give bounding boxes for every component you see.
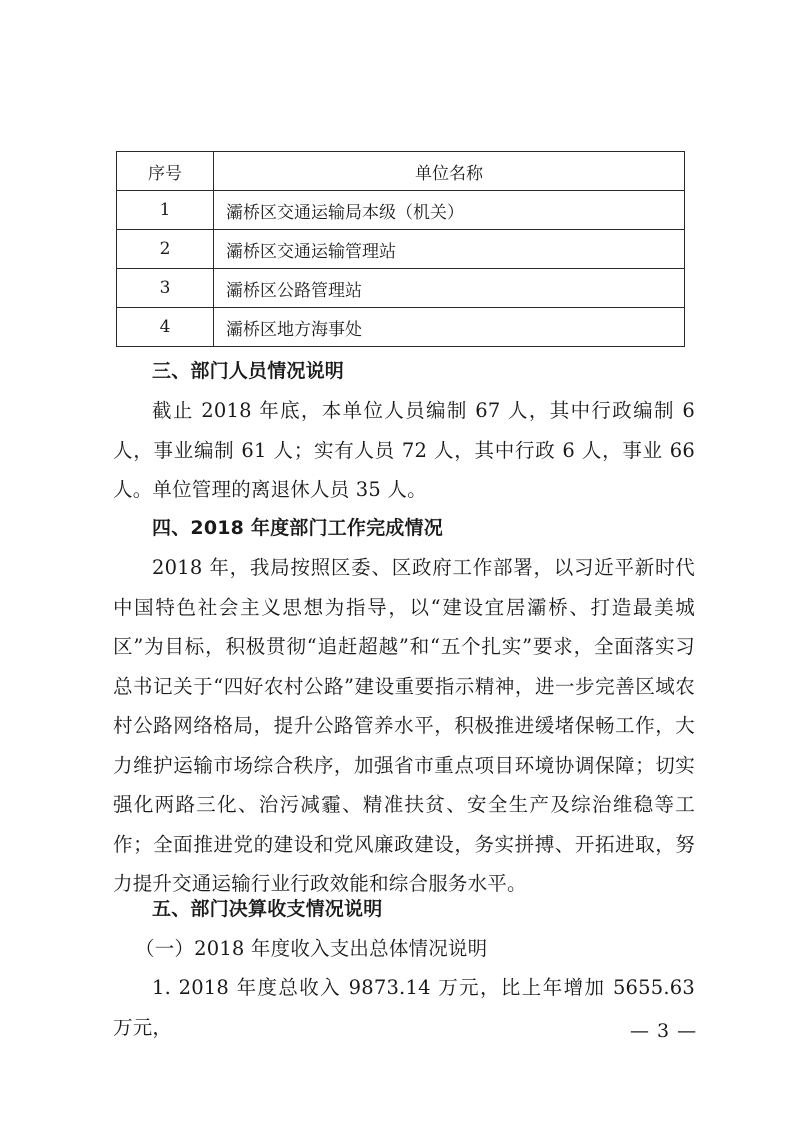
cell-unit-name: 灞桥区地方海事处 bbox=[214, 308, 685, 347]
section-5-subheading-1: （一）2018 年度收入支出总体情况说明 bbox=[113, 929, 695, 969]
section-3-body: 截止 2018 年底，本单位人员编制 67 人，其中行政编制 6 人，事业编制 … bbox=[113, 391, 695, 510]
section-3-heading: 三、部门人员情况说明 bbox=[113, 352, 695, 392]
table-row: 4 灞桥区地方海事处 bbox=[117, 308, 685, 347]
table-header-row: 序号 单位名称 bbox=[117, 152, 685, 191]
cell-unit-name: 灞桥区交通运输局本级（机关） bbox=[214, 191, 685, 230]
page-number: — 3 — bbox=[630, 1020, 697, 1042]
cell-unit-name: 灞桥区公路管理站 bbox=[214, 269, 685, 308]
table-row: 1 灞桥区交通运输局本级（机关） bbox=[117, 191, 685, 230]
table-row: 2 灞桥区交通运输管理站 bbox=[117, 230, 685, 269]
section-4-body: 2018 年，我局按照区委、区政府工作部署，以习近平新时代中国特色社会主义思想为… bbox=[113, 548, 695, 904]
header-serial-number: 序号 bbox=[117, 152, 214, 191]
table-row: 3 灞桥区公路管理站 bbox=[117, 269, 685, 308]
cell-unit-name: 灞桥区交通运输管理站 bbox=[214, 230, 685, 269]
cell-serial-number: 1 bbox=[117, 191, 214, 230]
cell-serial-number: 3 bbox=[117, 269, 214, 308]
cell-serial-number: 4 bbox=[117, 308, 214, 347]
unit-table: 序号 单位名称 1 灞桥区交通运输局本级（机关） 2 灞桥区交通运输管理站 3 … bbox=[116, 151, 685, 347]
cell-serial-number: 2 bbox=[117, 230, 214, 269]
section-5-item-1: 1. 2018 年度总收入 9873.14 万元，比上年增加 5655.63 万… bbox=[113, 968, 695, 1047]
section-5-heading: 五、部门决算收支情况说明 bbox=[113, 890, 695, 930]
header-unit-name: 单位名称 bbox=[214, 152, 685, 191]
document-page: 序号 单位名称 1 灞桥区交通运输局本级（机关） 2 灞桥区交通运输管理站 3 … bbox=[0, 0, 793, 1122]
section-4-heading: 四、2018 年度部门工作完成情况 bbox=[113, 509, 695, 549]
